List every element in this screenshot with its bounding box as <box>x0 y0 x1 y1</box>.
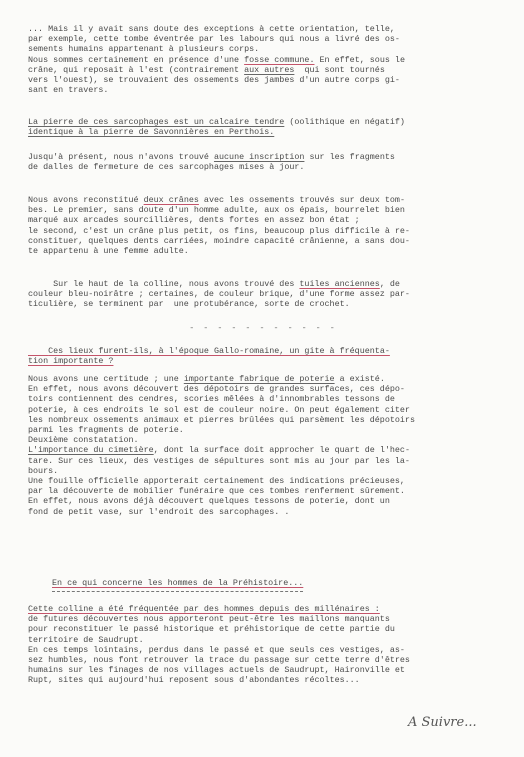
text-line: Nous avons reconstitué deux crânes avec … <box>28 195 498 205</box>
text-line: L'importance du cimetière, dont la surfa… <box>28 445 498 455</box>
text-line: sements humains appartenant à plusieurs … <box>28 44 498 54</box>
paragraph-fosse-commune: ... Mais il y avait sans doute des excep… <box>28 24 498 95</box>
text-line: identique à la pierre de Savonnières en … <box>28 127 498 137</box>
text-line: constituer, quelques dents carriées, moi… <box>28 236 498 246</box>
text-line: humains sur les finages de nos villages … <box>28 665 498 675</box>
paragraph-millenaires: Cette colline a été fréquentée par des h… <box>28 604 498 686</box>
text-line: de dalles de fermeture de ces sarcophage… <box>28 162 498 172</box>
text-line: Nous sommes certainement en présence d'u… <box>28 55 498 65</box>
text-line: par exemple, cette tombe éventrée par le… <box>28 34 498 44</box>
text-line: sez humbles, nous font retrouver la trac… <box>28 655 498 665</box>
text-line: La pierre de ces sarcophages est un calc… <box>28 117 498 127</box>
underlined-phrase: deux crânes <box>144 195 199 205</box>
paragraph-calcaire: La pierre de ces sarcophages est un calc… <box>28 117 498 137</box>
underlined-phrase: aux autres <box>244 65 294 75</box>
text-line: crâne, qui reposait à l'est (contraireme… <box>28 65 498 75</box>
text-line: Jusqu'à présent, nous n'avons trouvé auc… <box>28 152 498 162</box>
paragraph-poterie: Nous avons une certitude ; une important… <box>28 374 498 517</box>
paragraph-cranes: Nous avons reconstitué deux crânes avec … <box>28 195 498 256</box>
section-separator: - - - - - - - - - - - <box>28 323 498 333</box>
text-line: ... Mais il y avait sans doute des excep… <box>28 24 498 34</box>
text-line: toirs contiennent des cendres, scories m… <box>28 394 498 404</box>
heading-gallo-romaine: Ces lieux furent-ils, à l'époque Gallo-r… <box>28 346 498 366</box>
text-line: En effet, nous avons découvert des dépot… <box>28 384 498 394</box>
handwritten-signature: A Suivre... <box>408 718 477 728</box>
text-line: Nous avons une certitude ; une important… <box>28 374 498 384</box>
text-line: sant en travers. <box>28 85 498 95</box>
heading-line: tion importante ? <box>28 356 498 366</box>
text-line: par la découverte de mobilier funéraire … <box>28 486 498 496</box>
heading-prehistoire: En ce qui concerne les hommes de la Préh… <box>52 578 522 588</box>
text-line: Cette colline a été fréquentée par des h… <box>28 604 498 614</box>
heading-line: Ces lieux furent-ils, à l'époque Gallo-r… <box>28 346 498 356</box>
text-line: vers l'ouest), se trouvaient des ossemen… <box>28 75 498 85</box>
underlined-phrase: importante fabrique de poterie <box>184 374 335 384</box>
underlined-phrase: calcaire tendre <box>209 117 284 127</box>
text-line: de futures découvertes nous apporteront … <box>28 614 498 624</box>
text-line: te appartenu à une femme adulte. <box>28 246 498 256</box>
underlined-phrase: Cette colline a été fréquentée par des h… <box>28 604 380 614</box>
text-line: En effet, nous avons déjà découvert quel… <box>28 496 498 506</box>
text-line: Deuxième constatation. <box>28 435 498 445</box>
text-line: les nombreux ossements animaux et pierre… <box>28 415 498 425</box>
underlined-phrase: aucune inscription <box>214 152 304 162</box>
text-line: pour reconstituer le passé historique et… <box>28 624 498 634</box>
text-line: En ces temps lointains, perdus dans le p… <box>28 645 498 655</box>
text-line: Sur le haut de la colline, nous avons tr… <box>28 279 498 289</box>
text-line: poterie, à ces endroits le sol est de co… <box>28 405 498 415</box>
heading-line: En ce qui concerne les hommes de la Préh… <box>52 578 303 588</box>
text-line: bours. <box>28 466 498 476</box>
text-line: couleur bleu-noirâtre ; certaines, de co… <box>28 289 498 299</box>
text-line: territoire de Saudrupt. <box>28 635 498 645</box>
paragraph-inscription: Jusqu'à présent, nous n'avons trouvé auc… <box>28 152 498 172</box>
text-line: fond de petit vase, sur l'endroit des sa… <box>28 507 498 517</box>
text-line: Une fouille officielle apporterait certa… <box>28 476 498 486</box>
underlined-phrase: tuiles anciennes <box>299 279 379 289</box>
text-line: ticulière, se terminent par une protubér… <box>28 299 498 309</box>
underlined-phrase: fosse commune. <box>244 55 314 65</box>
underlined-phrase: L'importance du cimetière <box>28 445 154 455</box>
text-line: bes. Le premier, sans doute d'un homme a… <box>28 205 498 215</box>
text-line: le second, c'est un crâne plus petit, os… <box>28 226 498 236</box>
text-line: parmi les fragments de poterie. <box>28 425 498 435</box>
text-line: marqué aux arcades sourcillières, dents … <box>28 215 498 225</box>
text-line: Rupt, sites qui aujourd'hui reposent sou… <box>28 675 498 685</box>
paragraph-tuiles: Sur le haut de la colline, nous avons tr… <box>28 279 498 310</box>
text-line: tare. Sur ces lieux, des vestiges de sép… <box>28 456 498 466</box>
